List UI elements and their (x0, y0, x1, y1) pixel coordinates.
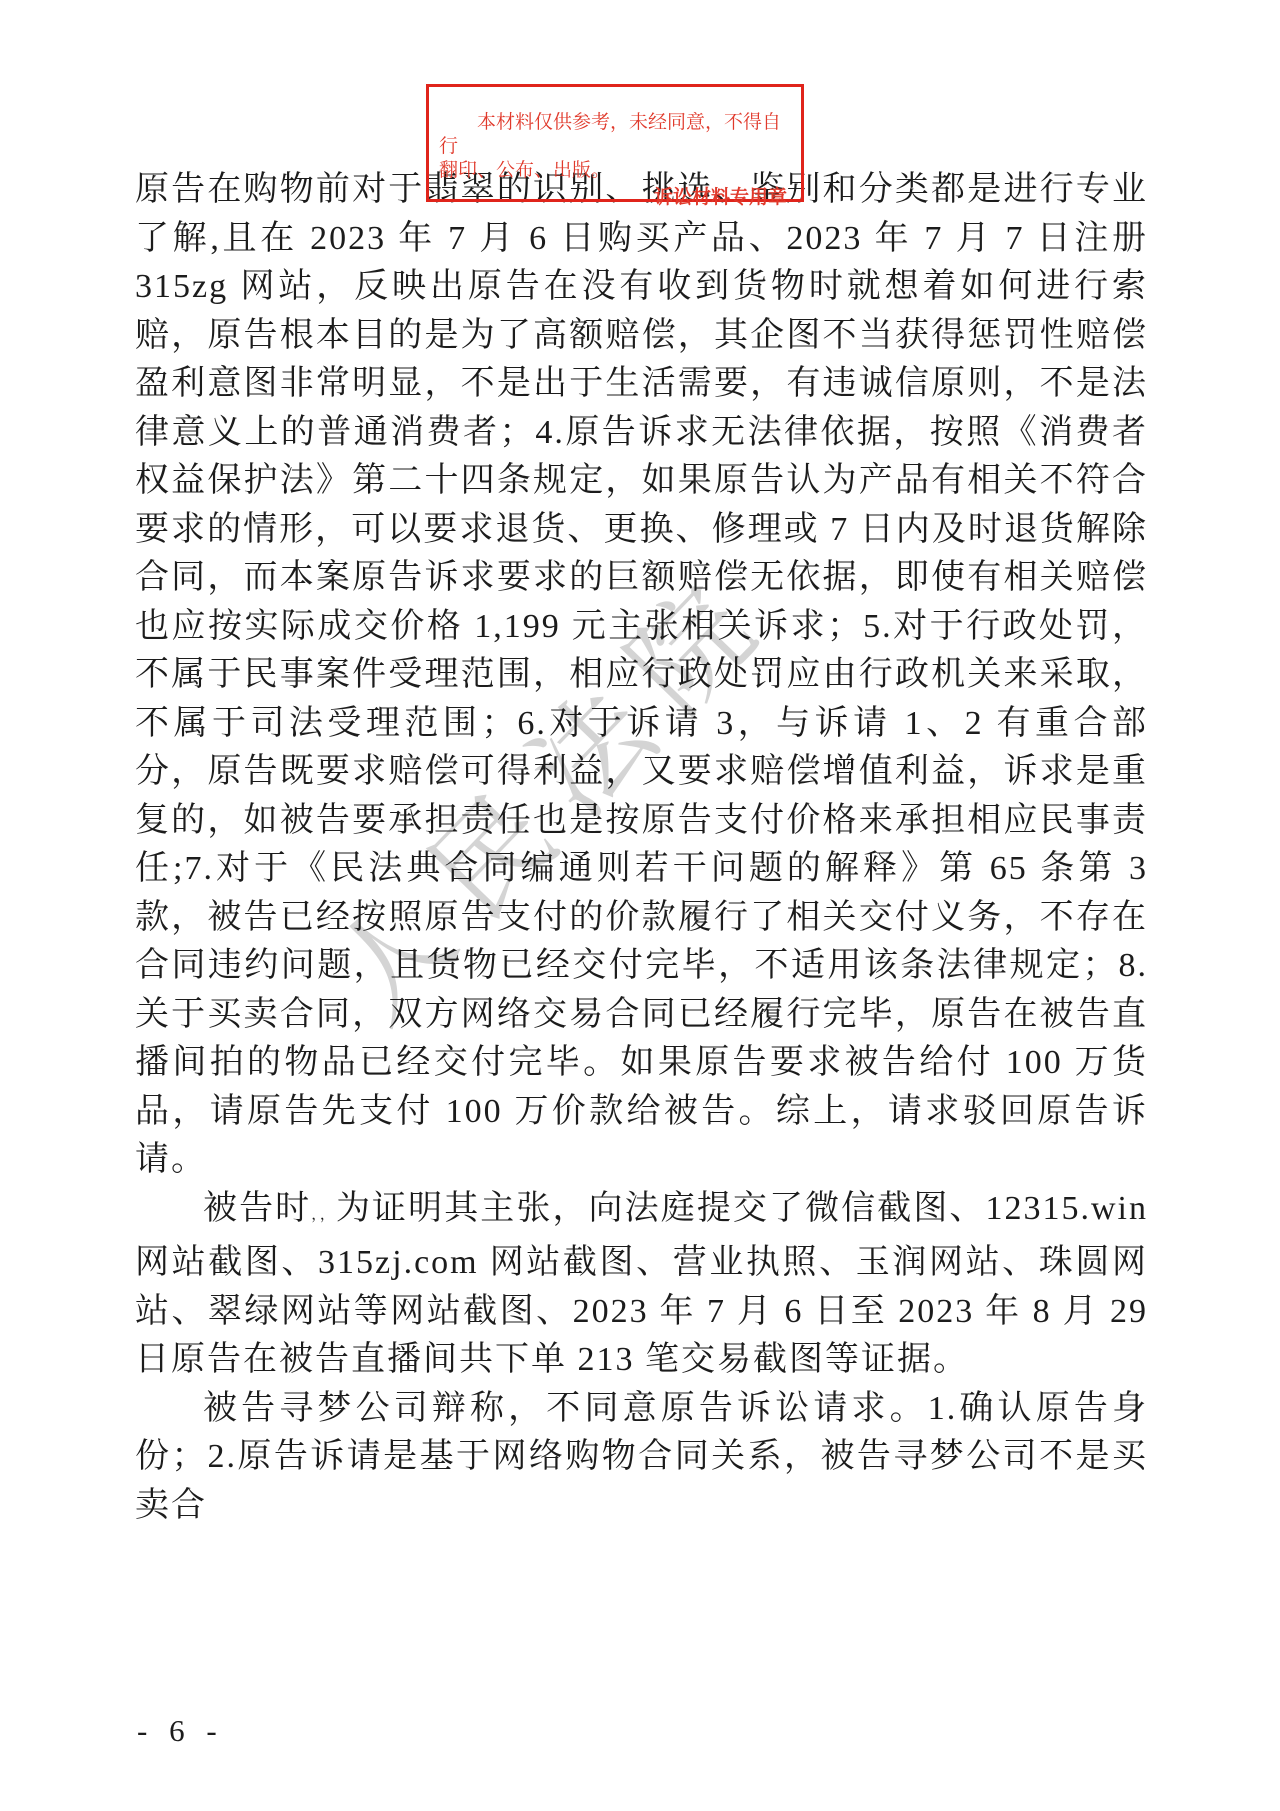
stamp-notice-line1: 本材料仅供参考，未经同意，不得自行 (439, 111, 791, 159)
document-body: 原告在购物前对于翡翠的识别、挑选、鉴别和分类都是进行专业了解,且在 2023 年… (0, 0, 1280, 1530)
confidential-stamp: 本材料仅供参考，未经同意，不得自行 翻印、公布、出版。 诉讼材料专用章 (426, 84, 804, 202)
page-number: - 6 - (137, 1713, 224, 1749)
document-page: 人民法院 本材料仅供参考，未经同意，不得自行 翻印、公布、出版。 诉讼材料专用章… (0, 0, 1280, 1811)
stamp-notice-line2: 翻印、公布、出版。 (439, 159, 791, 183)
paragraph-2-prefix: 被告时 (203, 1190, 311, 1227)
stamp-seal-label: 诉讼材料专用章 (439, 186, 791, 210)
body-paragraph-2: 被告时，，为证明其主张，向法庭提交了微信截图、12315.win 网站截图、31… (135, 1185, 1148, 1385)
redacted-name-marks: ，， (311, 1207, 336, 1223)
body-paragraph-1: 原告在购物前对于翡翠的识别、挑选、鉴别和分类都是进行专业了解,且在 2023 年… (135, 166, 1148, 1185)
body-paragraph-3: 被告寻梦公司辩称，不同意原告诉讼请求。1.确认原告身份；2.原告诉请是基于网络购… (135, 1385, 1148, 1531)
